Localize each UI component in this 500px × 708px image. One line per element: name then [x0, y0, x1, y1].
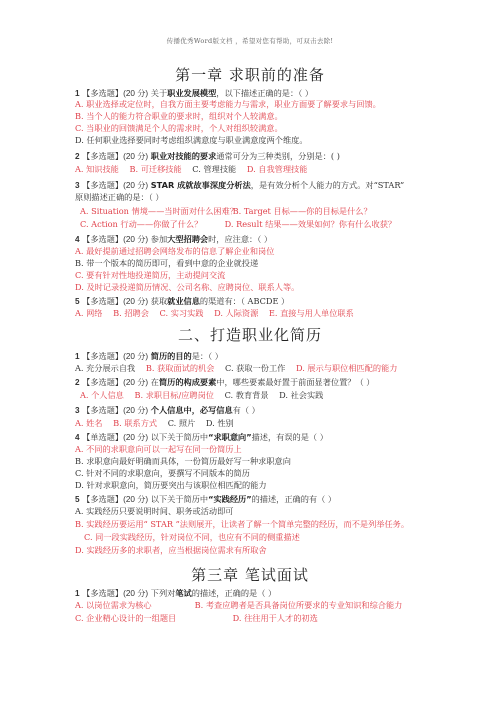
option: C. 获取一份工作 [225, 363, 285, 374]
chapter-title: 第一章 求职前的准备 [0, 64, 500, 85]
option: A. 充分展示自我 [75, 363, 135, 374]
options-row: A. 充分展示自我 B. 获取面试的机会 C. 获取一份工作 D. 展示与职位相… [75, 363, 405, 374]
options-row: A. 网络 B. 招聘会 C. 实习实践 D. 人际资源 E. 直接与用人单位联… [75, 308, 362, 319]
document-header: 传播优秀Word版文档 ，希望对您有帮助，可双击去除! [0, 36, 500, 45]
option: C. 教育背景 [225, 390, 269, 401]
option-correct: B. 招聘会 [113, 308, 149, 319]
option: C. 照片 [168, 418, 196, 429]
option-correct: B. 可迁移技能 [129, 164, 181, 175]
option-correct: E. 直接与用人单位联系 [269, 308, 354, 319]
option-correct: C. 当职业的回馈满足个人的需求时，个人对组织较满意。 [75, 123, 283, 134]
option-correct: A. 姓名 [75, 418, 103, 429]
option-correct: C. 实习实践 [160, 308, 204, 319]
option-correct: C. 同一段实践经历，针对岗位不同，也应有不同的侧重描述 [84, 532, 300, 543]
options-row: A. 姓名 B. 联系方式 C. 照片 D. 性别 [75, 418, 242, 429]
options-row: A. Situation 情境——当时面对什么困难？ B. Target 目标—… [80, 206, 372, 217]
options-row: A. 以岗位需求为核心 B. 考查应聘者是否具备岗位所要求的专业知识和综合能力 [75, 600, 402, 611]
option-correct: D. 人际资源 [214, 308, 258, 319]
option-correct: A. 以岗位需求为核心 [75, 600, 192, 611]
question-continued: 原则描述正确的是：（ ） [75, 192, 164, 203]
option: D. 针对求职意向，简历要突出与该职位相匹配的能力 [75, 480, 267, 491]
option-correct: D. Result 结果——效果如何？你有什么收获？ [225, 219, 396, 229]
option-correct: A. 网络 [75, 308, 103, 319]
option-correct: C. 要有针对性地投递简历，主动提问交流 [75, 270, 225, 281]
options-row: A. 个人信息 B. 求职目标/应聘岗位 C. 教育背景 D. 社会实践 [80, 390, 331, 401]
option-correct: B. 求职目标/应聘岗位 [134, 390, 213, 401]
question: 4 【单选题】(20 分) 以下关于简历中“求职意向”描述，有误的是（ ） [75, 432, 328, 443]
option-correct: A. 职业选择或定位时，自我方面主要考虑能力与需求，职业方面要了解要求与回馈。 [75, 99, 381, 110]
question: 3 【多选题】(20 分) 个人信息中，必写信息有（ ） [75, 405, 260, 416]
question: 1 【多选题】(20 分) 简历的目的是：（ ） [75, 351, 223, 362]
question: 5 【多选题】(20 分) 以下关于简历中“实践经历”的描述，正确的有（ ） [75, 494, 336, 505]
option-correct: D. 及时记录投递简历情况、公司名称、应聘岗位、联系人等。 [75, 282, 299, 293]
option-correct: C. 企业精心设计的一组题目 [75, 613, 230, 624]
question: 5 【多选题】(20 分) 获取就业信息的渠道有：（ ABCDE ） [75, 296, 289, 307]
option: C. 管理技能 [192, 164, 236, 175]
option-correct: B. 获取面试的机会 [146, 363, 215, 374]
option-correct: B. 实践经历要运用“ STAR ”法则展开，让读者了解一个简单完整的经历，而不… [75, 519, 409, 530]
option: C. 针对不同的求职意向，要撰写不同版本的简历 [75, 468, 250, 479]
chapter-title: 第三章 笔试面试 [0, 564, 500, 585]
option-correct: D. 自我管理技能 [247, 164, 308, 175]
option-correct: A. 知识技能 [75, 164, 119, 175]
option-correct: A. 不同的求职意向可以一起写在同一份简历上 [75, 444, 242, 455]
option-correct: A. Situation 情境——当时面对什么困难？ [80, 206, 230, 217]
option: D. 社会实践 [279, 390, 323, 401]
question: 2 【多选题】(20 分) 职业对技能的要求通常可分为三种类别，分别是：( ) [75, 151, 340, 162]
option-correct: A. 个人信息 [80, 390, 124, 401]
option-correct: B. 联系方式 [113, 418, 157, 429]
option: D. 性别 [206, 418, 234, 429]
option-correct: A. 最好提前通过招聘会网络发布的信息了解企业和岗位 [75, 246, 274, 257]
option: B. 带一个版本的简历即可，看到中意的企业就投递 [75, 258, 258, 269]
option-correct: D. 实践经历多的求职者，应当根据岗位需求有所取舍 [75, 545, 267, 556]
question: 3 【多选题】(20 分) STAR 成就故事深度分析法，是有效分析个人能力的方… [75, 180, 404, 191]
option-correct: B. 当个人的能力符合职业的要求时，组织对个人较满意。 [75, 111, 283, 122]
option-correct: D. 往往用于人才的初选 [233, 613, 318, 623]
options-row: A. 知识技能 B. 可迁移技能 C. 管理技能 D. 自我管理技能 [75, 164, 315, 175]
chapter-title: 二、打造职业化简历 [0, 324, 500, 345]
option: B. 求职意向最好明确而具体，一份简历最好写一种求职意向 [75, 456, 291, 467]
option: A. 实践经历只要说明时间、职务或活动即可 [75, 506, 234, 517]
options-row: C. 企业精心设计的一组题目 D. 往往用于人才的初选 [75, 613, 318, 624]
option: D. 任何职业选择要同时考虑组织满意度与职业满意度两个维度。 [75, 135, 308, 146]
question: 1 【多选题】(20 分) 下列对笔试的描述，正确的是（ ） [75, 588, 276, 599]
option-correct: D. 展示与职位相匹配的能力 [296, 363, 398, 374]
option-correct: B. Target 目标——你的目标是什么？ [233, 206, 372, 216]
question: 1 【多选题】(20 分) 关于职业发展模型，以下描述正确的是：（ ） [75, 88, 313, 99]
option-correct: B. 考查应聘者是否具备岗位所要求的专业知识和综合能力 [195, 600, 403, 610]
question: 2 【多选题】(20 分) 在简历的构成要素中，哪些要素最好置于前面显著位置？（… [75, 377, 374, 388]
options-row: C. Action 行动——你做了什么？ D. Result 结果——效果如何？… [80, 219, 396, 230]
option-correct: C. Action 行动——你做了什么？ [80, 219, 222, 230]
question: 4 【多选题】(20 分) 参加大型招聘会时，应注意：（ ） [75, 234, 272, 245]
